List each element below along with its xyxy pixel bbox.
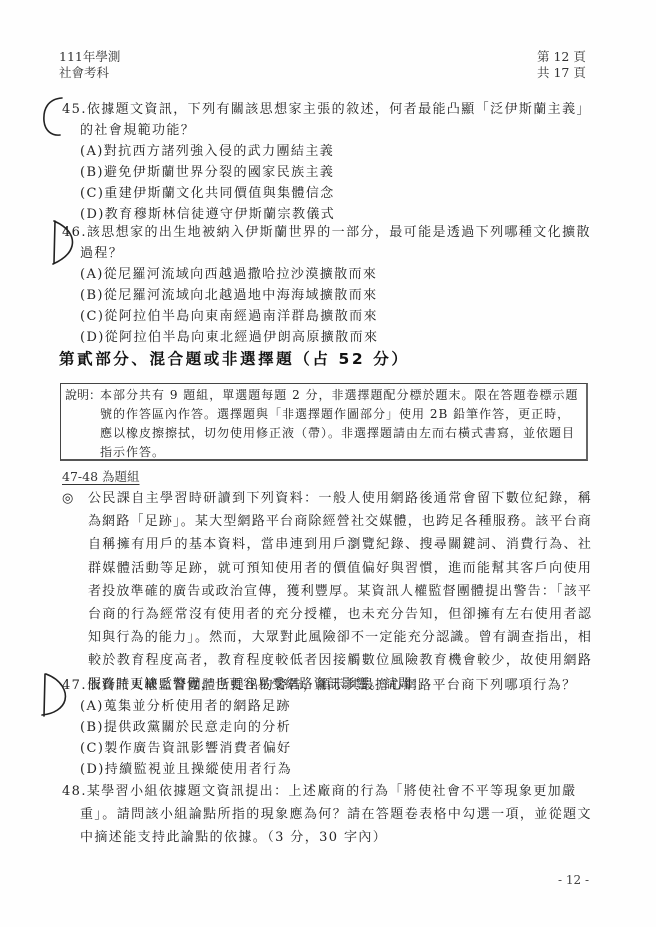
option-b: (B)避免伊斯蘭世界分裂的國家民族主義 — [62, 162, 600, 183]
page-current: 第 12 頁 — [537, 49, 586, 65]
question-47: 47.依資訊人權監督團體所提出的警告，顯示其最擔心網路平台商下列哪項行為？ (A… — [62, 675, 600, 780]
option-d: (D)持續監視並且操縱使用者行為 — [62, 759, 600, 780]
option-a: (A)從尼羅河流域向西越過撒哈拉沙漠擴散而來 — [62, 264, 600, 285]
subject-title: 社會考科 — [59, 65, 120, 81]
question-stem: 45.依據題文資訊，下列有關該思想家主張的敘述，何者最能凸顯「泛伊斯蘭主義」的社… — [62, 99, 600, 141]
option-b: (B)從尼羅河流域向北越過地中海海域擴散而來 — [62, 285, 600, 306]
question-45: 45.依據題文資訊，下列有關該思想家主張的敘述，何者最能凸顯「泛伊斯蘭主義」的社… — [62, 99, 600, 225]
option-c: (C)重建伊斯蘭文化共同價值與集體信念 — [62, 183, 600, 204]
question-stem: 48.某學習小組依據題文資訊提出：上述廠商的行為「將使社會不平等現象更加嚴重」。… — [62, 780, 605, 849]
header-right: 第 12 頁 共 17 頁 — [537, 49, 586, 81]
question-stem: 46.該思想家的出生地被納入伊斯蘭世界的一部分，最可能是透過下列哪種文化擴散過程… — [62, 222, 600, 264]
question-stem: 47.依資訊人權監督團體所提出的警告，顯示其最擔心網路平台商下列哪項行為？ — [62, 675, 600, 696]
question-group-title: 47-48 為題組 — [62, 467, 140, 485]
question-46: 46.該思想家的出生地被納入伊斯蘭世界的一部分，最可能是透過下列哪種文化擴散過程… — [62, 222, 600, 348]
double-circle-icon: ◎ — [62, 487, 73, 510]
question-48: 48.某學習小組依據題文資訊提出：上述廠商的行為「將使社會不平等現象更加嚴重」。… — [62, 780, 605, 849]
option-c: (C)製作廣告資訊影響消費者偏好 — [62, 738, 600, 759]
exam-page: 111年學測 社會考科 第 12 頁 共 17 頁 45.依據題文資訊，下列有關… — [0, 0, 656, 927]
option-d: (D)從阿拉伯半島向東北經過伊朗高原擴散而來 — [62, 327, 600, 348]
page-footer-number: - 12 - — [558, 873, 589, 887]
option-a: (A)對抗西方諸列強入侵的武力團結主義 — [62, 141, 600, 162]
option-a: (A)蒐集並分析使用者的網路足跡 — [62, 696, 600, 717]
exam-title: 111年學測 — [59, 49, 120, 65]
option-c: (C)從阿拉伯半島向東南經過南洋群島擴散而來 — [62, 306, 600, 327]
instructions-label: 說明： — [65, 386, 101, 405]
header-left: 111年學測 社會考科 — [59, 49, 120, 81]
instructions-box: 說明： 本部分共有 9 題組，單選題每題 2 分，非選擇題配分標於題末。限在答題… — [60, 383, 588, 461]
option-b: (B)提供政黨關於民意走向的分析 — [62, 717, 600, 738]
reading-passage: ◎ 公民課自主學習時研讀到下列資料：一般人使用網路後通常會留下數位紀錄，稱為網路… — [62, 487, 592, 696]
page-total: 共 17 頁 — [537, 65, 586, 81]
instructions-text: 本部分共有 9 題組，單選題每題 2 分，非選擇題配分標於題末。限在答題卷標示題… — [100, 386, 580, 462]
passage-text: 公民課自主學習時研讀到下列資料：一般人使用網路後通常會留下數位紀錄，稱為網路「足… — [62, 487, 592, 696]
section-title: 第貳部分、混合題或非選擇題（占 52 分） — [59, 347, 409, 369]
